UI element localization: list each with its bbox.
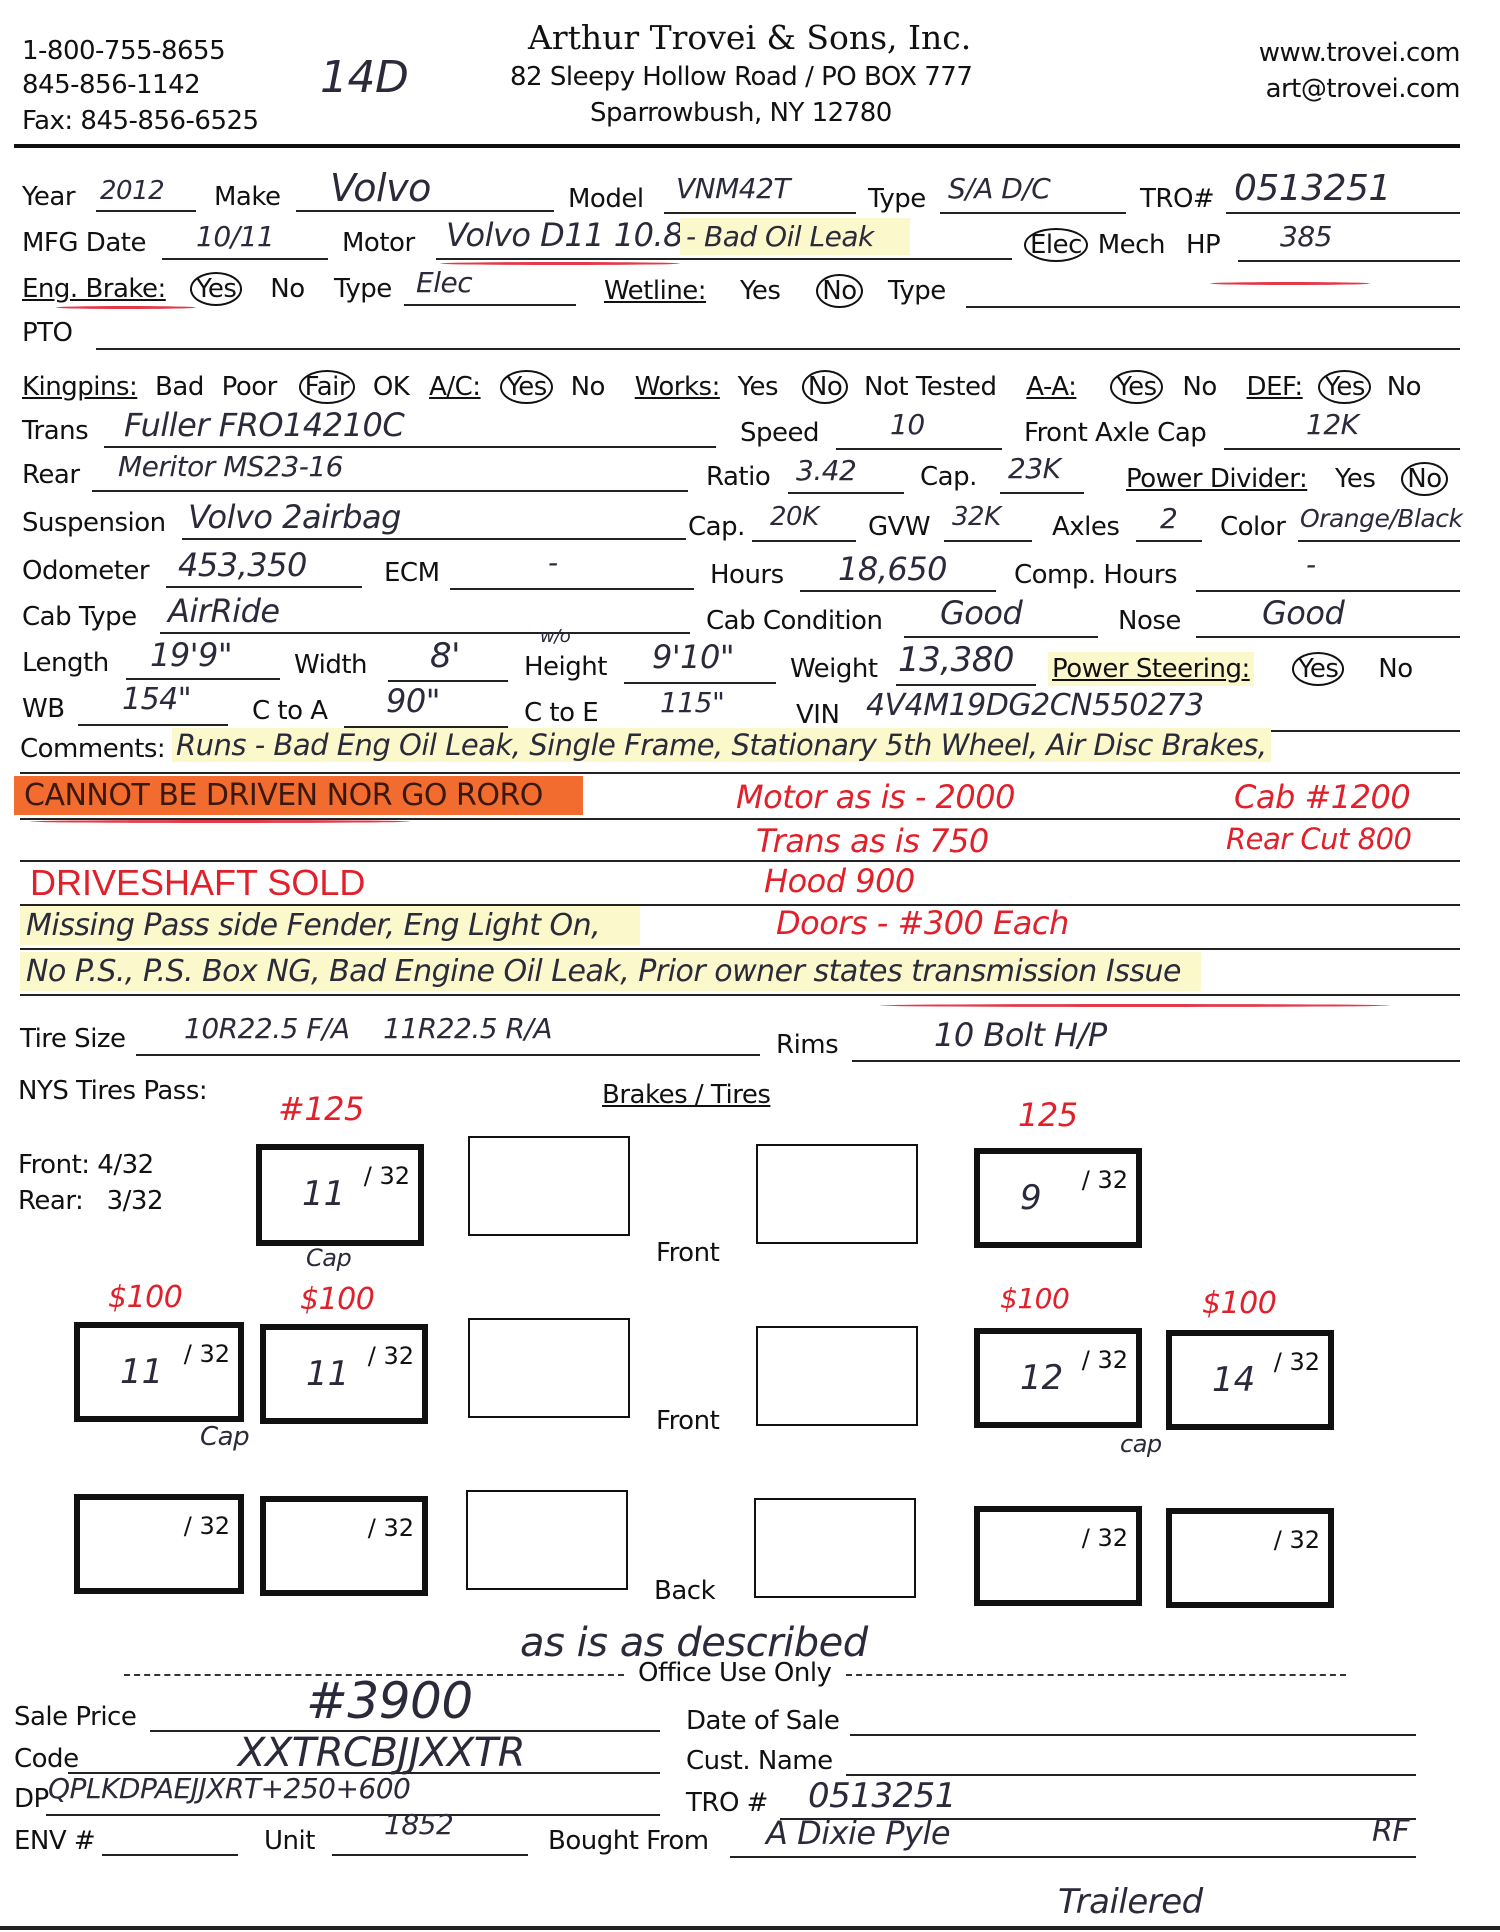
right-drive-inner-price: $100 xyxy=(1000,1282,1069,1315)
front-axle-cap-label: Front Axle Cap xyxy=(1024,418,1206,448)
rims-label: Rims xyxy=(776,1030,838,1060)
power-divider-yes[interactable]: Yes xyxy=(1335,464,1375,494)
company-email[interactable]: art@trovei.com xyxy=(1266,74,1460,104)
price-rear-cut: Rear Cut 800 xyxy=(1226,822,1411,856)
cab-condition-label: Cab Condition xyxy=(706,606,882,636)
dp-value[interactable]: QPLKDPAEJJXRT+250+600 xyxy=(48,1772,410,1805)
option-mech[interactable]: Mech xyxy=(1098,230,1165,260)
c-to-a-label: C to A xyxy=(252,696,328,726)
color-label: Color xyxy=(1220,512,1285,542)
cannot-be-driven-note: CANNOT BE DRIVEN NOR GO RORO xyxy=(14,776,583,815)
works-no-selected[interactable]: No xyxy=(802,370,848,404)
axles-value[interactable]: 2 xyxy=(1160,502,1177,535)
trailered-note: Trailered xyxy=(1058,1882,1203,1922)
price-cab: Cab #1200 xyxy=(1234,778,1410,816)
year-label: Year xyxy=(22,182,75,212)
height-note: w/o xyxy=(540,626,570,647)
option-elec-selected[interactable]: Elec xyxy=(1024,228,1088,262)
mfg-date-label: MFG Date xyxy=(22,228,146,258)
aa-no[interactable]: No xyxy=(1182,372,1216,402)
rear-cap-label: Cap. xyxy=(920,462,977,492)
tro-label: TRO# xyxy=(1140,184,1214,214)
bought-from-initials: RF xyxy=(1372,1814,1409,1849)
model-label: Model xyxy=(568,184,644,214)
power-steering-no[interactable]: No xyxy=(1378,654,1412,684)
wetline-yes[interactable]: Yes xyxy=(740,276,780,306)
tread-fraction: / 32 xyxy=(1082,1166,1128,1194)
hp-value[interactable]: 385 xyxy=(1280,220,1332,253)
unit-label: Unit xyxy=(264,1826,315,1856)
price-motor: Motor as is - 2000 xyxy=(736,778,1015,816)
height-label: Height xyxy=(524,652,607,682)
make-label: Make xyxy=(214,182,281,212)
length-label: Length xyxy=(22,648,109,678)
wb-label: WB xyxy=(22,694,65,724)
ac-yes-selected[interactable]: Yes xyxy=(500,370,552,404)
type-label: Type xyxy=(868,184,926,214)
power-steering-options: Yes No xyxy=(1296,654,1413,684)
axles-label: Axles xyxy=(1052,512,1119,542)
motor-type-options: Elec Mech xyxy=(1028,230,1165,260)
gvw-value[interactable]: 32K xyxy=(952,502,1001,532)
tro-office-value[interactable]: 0513251 xyxy=(808,1776,956,1816)
brake-box-left-drive[interactable] xyxy=(468,1318,630,1418)
tread-fraction: / 32 xyxy=(368,1342,414,1370)
driveshaft-sold-note: DRIVESHAFT SOLD xyxy=(30,862,365,904)
width-label: Width xyxy=(294,650,367,680)
phone-tollfree: 1-800-755-8655 xyxy=(22,36,225,66)
suspension-label: Suspension xyxy=(22,508,166,538)
left-front-cap-note: Cap xyxy=(306,1244,351,1272)
nys-tires-pass-label: NYS Tires Pass: xyxy=(18,1076,207,1106)
kingpins-poor[interactable]: Poor xyxy=(222,372,277,402)
tread-fraction: / 32 xyxy=(184,1512,230,1540)
comments-line6: No P.S., P.S. Box NG, Bad Engine Oil Lea… xyxy=(20,952,1201,991)
page-bottom-edge xyxy=(0,1926,1500,1930)
tire-size-value[interactable]: 10R22.5 F/A 11R22.5 R/A xyxy=(184,1012,552,1045)
ratio-label: Ratio xyxy=(706,462,770,492)
bought-from-value[interactable]: A Dixie Pyle xyxy=(766,1814,950,1852)
mfg-date-value[interactable]: 10/11 xyxy=(196,220,274,253)
speed-value[interactable]: 10 xyxy=(890,408,925,441)
handwritten-code: 14D xyxy=(320,52,408,103)
dp-label: DP xyxy=(14,1784,49,1814)
eng-brake-no[interactable]: No xyxy=(270,274,304,304)
eng-brake-options: Yes No xyxy=(194,274,305,304)
office-use-only-title: Office Use Only xyxy=(638,1658,831,1688)
trans-value[interactable]: Fuller FRO14210C xyxy=(124,406,404,444)
left-drive-outer-price: $100 xyxy=(108,1280,182,1315)
left-front-price: #125 xyxy=(278,1090,364,1128)
hp-label: HP xyxy=(1186,230,1220,260)
weight-value[interactable]: 13,380 xyxy=(898,640,1014,680)
power-divider-no-selected[interactable]: No xyxy=(1401,462,1447,496)
right-drive-cap-note: cap xyxy=(1120,1430,1162,1458)
tread-fraction: / 32 xyxy=(184,1340,230,1368)
price-doors: Doors - #300 Each xyxy=(776,904,1069,942)
tro-value[interactable]: 0513251 xyxy=(1234,168,1391,209)
speed-label: Speed xyxy=(740,418,819,448)
kingpins-bad[interactable]: Bad xyxy=(155,372,204,402)
def-yes-selected[interactable]: Yes xyxy=(1318,370,1370,404)
rear-value[interactable]: Meritor MS23-16 xyxy=(118,450,343,483)
hours-value[interactable]: 18,650 xyxy=(838,550,947,588)
company-name: Arthur Trovei & Sons, Inc. xyxy=(528,18,971,57)
date-of-sale-label: Date of Sale xyxy=(686,1706,839,1736)
company-website[interactable]: www.trovei.com xyxy=(1259,38,1460,68)
ac-no[interactable]: No xyxy=(571,372,605,402)
rims-value[interactable]: 10 Bolt H/P xyxy=(934,1016,1107,1054)
works-yes[interactable]: Yes xyxy=(738,372,778,402)
suspension-value[interactable]: Volvo 2airbag xyxy=(188,498,401,536)
brake-box-right-rear[interactable] xyxy=(754,1498,916,1598)
eng-brake-yes-selected[interactable]: Yes xyxy=(190,272,242,306)
power-steering-row: Power Steering: xyxy=(1048,652,1254,686)
tread-fraction: / 32 xyxy=(1082,1524,1128,1552)
axle-label-back: Back xyxy=(654,1576,715,1606)
cab-condition-value[interactable]: Good xyxy=(940,594,1022,632)
header-divider xyxy=(14,144,1460,148)
tire-right-front-tread: 9 xyxy=(1020,1178,1042,1218)
wetline-type-label: Type xyxy=(888,276,946,306)
ecm-label: ECM xyxy=(384,558,440,588)
tire-box-left-front[interactable]: 11 / 32 xyxy=(256,1144,424,1246)
tire-box-left-drive-inner[interactable]: 11 / 32 xyxy=(260,1324,428,1424)
left-drive-inner-price: $100 xyxy=(300,1282,374,1317)
axle-label-front-2: Front xyxy=(656,1406,719,1436)
front-axle-cap-value[interactable]: 12K xyxy=(1306,408,1359,441)
height-value[interactable]: 9'10" xyxy=(652,638,734,676)
company-address-line2: Sparrowbush, NY 12780 xyxy=(590,98,892,128)
trans-label: Trans xyxy=(22,416,88,446)
tire-box-left-rear-inner[interactable]: / 32 xyxy=(260,1496,428,1596)
rear-label: Rear xyxy=(22,460,80,490)
type-value[interactable]: S/A D/C xyxy=(948,172,1050,205)
sale-price-label: Sale Price xyxy=(14,1702,136,1732)
wetline-no-selected[interactable]: No xyxy=(816,274,862,308)
model-value[interactable]: VNM42T xyxy=(676,172,790,205)
tire-box-right-rear-inner[interactable]: / 32 xyxy=(974,1506,1142,1606)
kingpins-label: Kingpins: xyxy=(22,372,137,402)
comments-label: Comments: xyxy=(20,734,165,764)
aa-yes-selected[interactable]: Yes xyxy=(1110,370,1162,404)
brake-box-left-rear[interactable] xyxy=(466,1490,628,1590)
vin-value[interactable]: 4V4M19DG2CN550273 xyxy=(866,688,1204,723)
eng-brake-type-value[interactable]: Elec xyxy=(416,266,472,299)
gvw-label: GVW xyxy=(868,512,930,542)
price-trans: Trans as is 750 xyxy=(756,822,989,860)
pto-label: PTO xyxy=(22,318,73,348)
def-label: DEF: xyxy=(1247,372,1303,402)
brake-box-left-front[interactable] xyxy=(468,1136,630,1236)
comments-line1: Runs - Bad Eng Oil Leak, Single Frame, S… xyxy=(172,728,1271,762)
left-drive-cap-note: Cap xyxy=(200,1422,249,1452)
suspension-cap-value[interactable]: 20K xyxy=(770,502,819,532)
ac-label: A/C: xyxy=(429,372,480,402)
right-front-price: 125 xyxy=(1018,1096,1078,1134)
code-label: Code xyxy=(14,1744,79,1774)
env-label: ENV # xyxy=(14,1826,95,1856)
tire-left-front-tread: 11 xyxy=(302,1174,345,1214)
sale-price-value[interactable]: #3900 xyxy=(306,1672,473,1730)
tread-fraction: / 32 xyxy=(368,1514,414,1542)
tread-fraction: / 32 xyxy=(364,1162,410,1190)
tire-left-drive-outer-tread: 11 xyxy=(120,1352,163,1392)
works-not-tested[interactable]: Not Tested xyxy=(864,372,997,402)
def-no[interactable]: No xyxy=(1387,372,1421,402)
year-value[interactable]: 2012 xyxy=(100,176,164,206)
comp-hours-value[interactable]: - xyxy=(1306,548,1316,581)
motor-note: - Bad Oil Leak xyxy=(680,218,910,255)
company-address-line1: 82 Sleepy Hollow Road / PO BOX 777 xyxy=(510,62,972,92)
ecm-value[interactable]: - xyxy=(548,546,558,579)
motor-label: Motor xyxy=(342,228,415,258)
c-to-a-value[interactable]: 90" xyxy=(386,682,440,720)
cab-type-value[interactable]: AirRide xyxy=(168,592,280,630)
wetline-options: Yes No xyxy=(740,276,859,306)
power-steering-label: Power Steering: xyxy=(1052,654,1250,684)
tire-box-right-rear-outer[interactable]: / 32 xyxy=(1166,1508,1334,1608)
tread-fraction: / 32 xyxy=(1082,1346,1128,1374)
brake-box-right-drive[interactable] xyxy=(756,1326,918,1426)
tire-left-drive-inner-tread: 11 xyxy=(306,1354,349,1394)
brake-box-right-front[interactable] xyxy=(756,1144,918,1244)
odometer-label: Odometer xyxy=(22,556,149,586)
rear-pass-value: Rear: 3/32 xyxy=(18,1186,163,1216)
wetline-label: Wetline: xyxy=(604,276,706,306)
ratio-value[interactable]: 3.42 xyxy=(796,454,856,487)
kingpins-ok[interactable]: OK xyxy=(373,372,410,402)
phone-fax: Fax: 845-856-6525 xyxy=(22,106,259,136)
motor-value[interactable]: Volvo D11 10.8L xyxy=(446,216,700,254)
make-value[interactable]: Volvo xyxy=(330,166,431,210)
power-divider-label: Power Divider: xyxy=(1126,464,1307,494)
nose-value[interactable]: Good xyxy=(1262,594,1344,632)
tire-box-right-front[interactable]: 9 / 32 xyxy=(974,1148,1142,1248)
eng-brake-label: Eng. Brake: xyxy=(22,274,166,304)
tire-right-drive-outer-tread: 14 xyxy=(1212,1360,1255,1400)
unit-value[interactable]: 1852 xyxy=(384,1808,453,1841)
cust-name-label: Cust. Name xyxy=(686,1746,833,1776)
tro-office-label: TRO # xyxy=(686,1788,768,1818)
color-value[interactable]: Orange/Black xyxy=(1300,504,1462,533)
length-value[interactable]: 19'9" xyxy=(150,636,232,674)
suspension-cap-label: Cap. xyxy=(688,512,745,542)
width-value[interactable]: 8' xyxy=(430,636,460,676)
comments-line5: Missing Pass side Fender, Eng Light On, xyxy=(20,906,640,945)
code-value[interactable]: XXTRCBJJXXTR xyxy=(238,1730,525,1776)
tire-box-left-rear-outer[interactable]: / 32 xyxy=(74,1494,244,1594)
c-to-e-label: C to E xyxy=(524,698,598,728)
eng-brake-type-label: Type xyxy=(334,274,392,304)
works-label: Works: xyxy=(635,372,720,402)
axle-label-front-1: Front xyxy=(656,1238,719,1268)
power-divider-row: Power Divider: Yes No xyxy=(1126,464,1444,494)
power-steering-yes-selected[interactable]: Yes xyxy=(1292,652,1344,686)
tire-box-left-drive-outer[interactable]: 11 / 32 xyxy=(74,1322,244,1422)
odometer-value[interactable]: 453,350 xyxy=(178,546,307,584)
tread-fraction: / 32 xyxy=(1274,1348,1320,1376)
tire-box-right-drive-outer[interactable]: 14 / 32 xyxy=(1166,1330,1334,1430)
right-drive-outer-price: $100 xyxy=(1202,1286,1276,1321)
tire-box-right-drive-inner[interactable]: 12 / 32 xyxy=(974,1328,1142,1428)
bought-from-label: Bought From xyxy=(548,1826,709,1856)
hours-label: Hours xyxy=(710,560,784,590)
weight-label: Weight xyxy=(790,654,878,684)
cab-type-label: Cab Type xyxy=(22,602,137,632)
kingpins-fair-selected[interactable]: Fair xyxy=(299,370,355,404)
rear-cap-value[interactable]: 23K xyxy=(1008,452,1061,485)
price-hood: Hood 900 xyxy=(764,862,915,900)
kingpins-row: Kingpins: Bad Poor Fair OK A/C: Yes No W… xyxy=(22,372,1421,402)
vin-label: VIN xyxy=(796,700,839,730)
phone-local: 845-856-1142 xyxy=(22,70,200,100)
aa-label: A-A: xyxy=(1026,372,1076,402)
c-to-e-value[interactable]: 115" xyxy=(660,686,724,719)
nose-label: Nose xyxy=(1118,606,1181,636)
wb-value[interactable]: 154" xyxy=(122,682,191,717)
front-pass-value: Front: 4/32 xyxy=(18,1150,154,1180)
comp-hours-label: Comp. Hours xyxy=(1014,560,1177,590)
tire-size-label: Tire Size xyxy=(20,1024,126,1054)
brakes-tires-title: Brakes / Tires xyxy=(602,1080,770,1110)
tire-right-drive-inner-tread: 12 xyxy=(1020,1358,1063,1398)
tread-fraction: / 32 xyxy=(1274,1526,1320,1554)
